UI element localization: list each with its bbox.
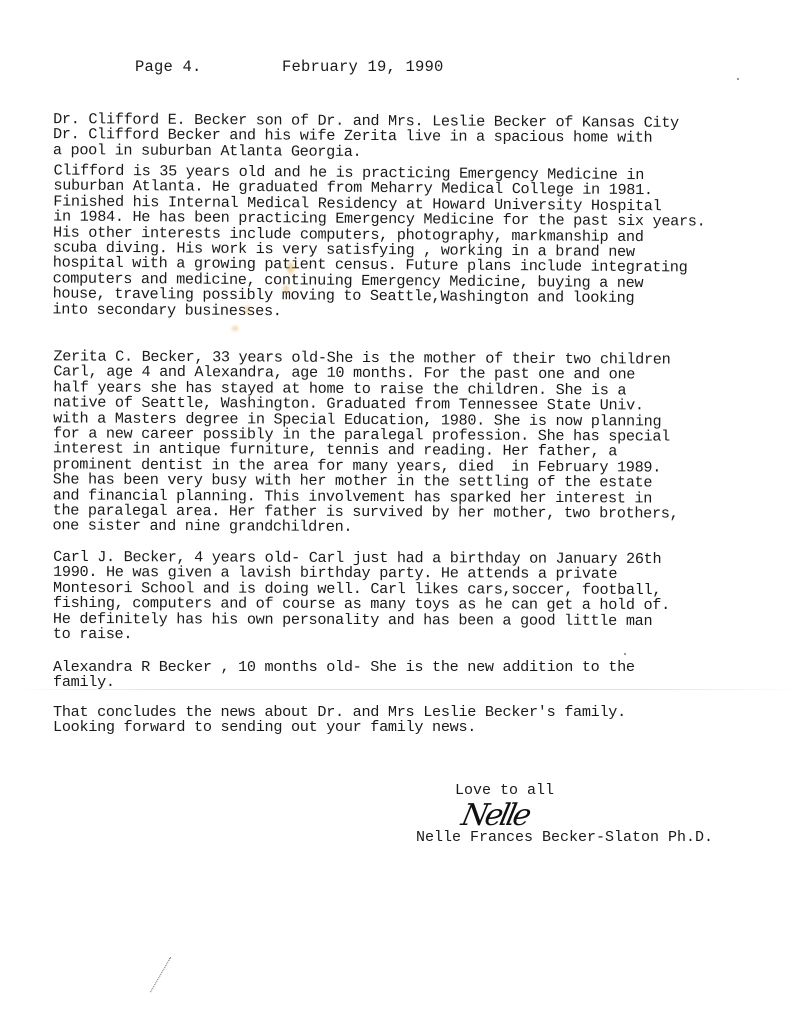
- paragraph-intro: Dr. Clifford E. Becker son of Dr. and Mr…: [53, 112, 679, 162]
- paragraph-carl: Carl J. Becker, 4 years old- Carl just h…: [53, 550, 670, 645]
- paragraph-alexandra: Alexandra R Becker , 10 months old- She …: [53, 660, 635, 691]
- text-line: Looking forward to sending out your fami…: [53, 720, 626, 735]
- paragraph-conclusion: That concludes the news about Dr. and Mr…: [53, 705, 626, 736]
- letter-page: Page 4. February 19, 1990 Dr. Clifford E…: [0, 0, 809, 1020]
- stain-mark: [245, 306, 250, 313]
- text-line: He definitely has his own personality an…: [53, 612, 670, 630]
- speck-mark: [737, 78, 739, 80]
- pen-stroke-mark: [150, 957, 172, 993]
- closing-salutation: Love to all: [455, 782, 554, 799]
- page-number: Page 4.: [135, 58, 202, 76]
- paragraph-clifford: Clifford is 35 years old and he is pract…: [52, 163, 705, 322]
- text-line: to raise.: [53, 627, 670, 645]
- paragraph-zerita: Zerita C. Becker, 33 years old-She is th…: [53, 349, 680, 537]
- stain-mark: [232, 326, 238, 331]
- scan-artifact-line: [10, 689, 800, 690]
- stain-mark: [283, 285, 289, 293]
- signatory-name: Nelle Frances Becker-Slaton Ph.D.: [416, 829, 713, 846]
- stain-mark: [287, 262, 294, 274]
- letter-date: February 19, 1990: [282, 58, 444, 76]
- speck-mark: [624, 653, 626, 655]
- text-line: Alexandra R Becker , 10 months old- She …: [53, 660, 635, 675]
- handwritten-signature: Nelle: [458, 798, 531, 833]
